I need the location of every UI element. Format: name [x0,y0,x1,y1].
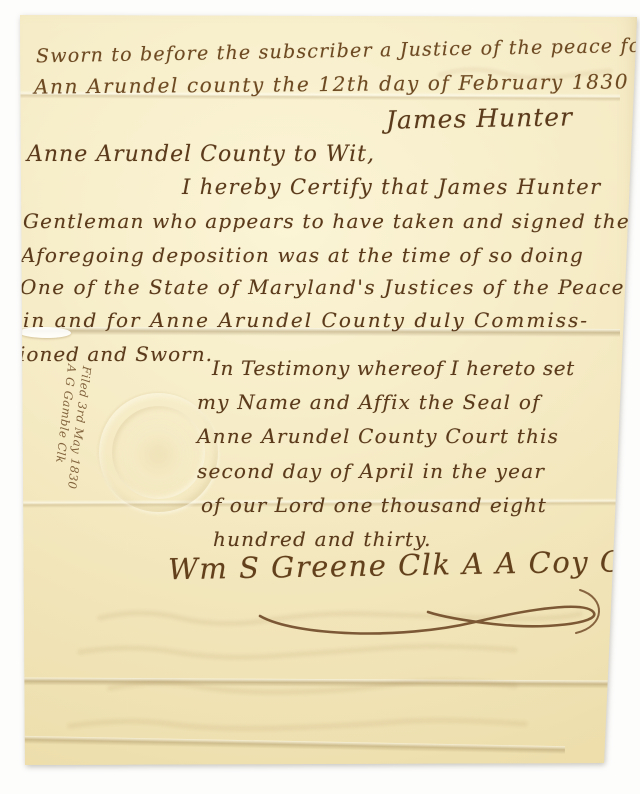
testimonium-line: Anne Arundel County Court this [197,424,559,448]
testimonium-line: of our Lord one thousand eight [201,493,547,517]
testimonium-line: my Name and Affix the Seal of [197,390,541,414]
certification-heading: Anne Arundel County to Wit, [27,142,375,167]
embossed-seal-inner-ring [112,406,205,499]
paper-shadow-wrap: Sworn to before the subscriber a Justice… [0,0,640,794]
testimonium-line: In Testimony whereof I hereto set [212,356,575,380]
document-paper: Sworn to before the subscriber a Justice… [0,0,640,794]
certification-line: in and for Anne Arundel County duly Comm… [23,308,589,332]
certification-line: ioned and Sworn. [19,342,213,366]
certification-line: Gentleman who appears to have taken and … [23,209,630,233]
jurat-line: Sworn to before the subscriber a Justice… [36,35,640,68]
ink-showthrough-texture [40,600,600,760]
jurat-line: Ann Arundel county the 12th day of Febru… [34,69,629,98]
certification-line: Aforegoing deposition was at the time of… [21,243,584,267]
fold-crease [20,677,620,688]
filing-note: Filed 3rd May 1830 A G Gamble Clk [49,363,94,490]
signature-flourish [250,586,615,646]
photo-background: Sworn to before the subscriber a Justice… [0,0,640,794]
signature-james-hunter: James Hunter [386,102,573,134]
certification-line: One of the State of Maryland's Justices … [20,275,625,299]
fold-crease [20,736,565,754]
certification-line: I hereby Certify that James Hunter [182,175,602,199]
testimonium-line: second day of April in the year [197,459,545,483]
signature-clerk: Wm S Greene Clk A A Coy Cot [168,544,640,587]
